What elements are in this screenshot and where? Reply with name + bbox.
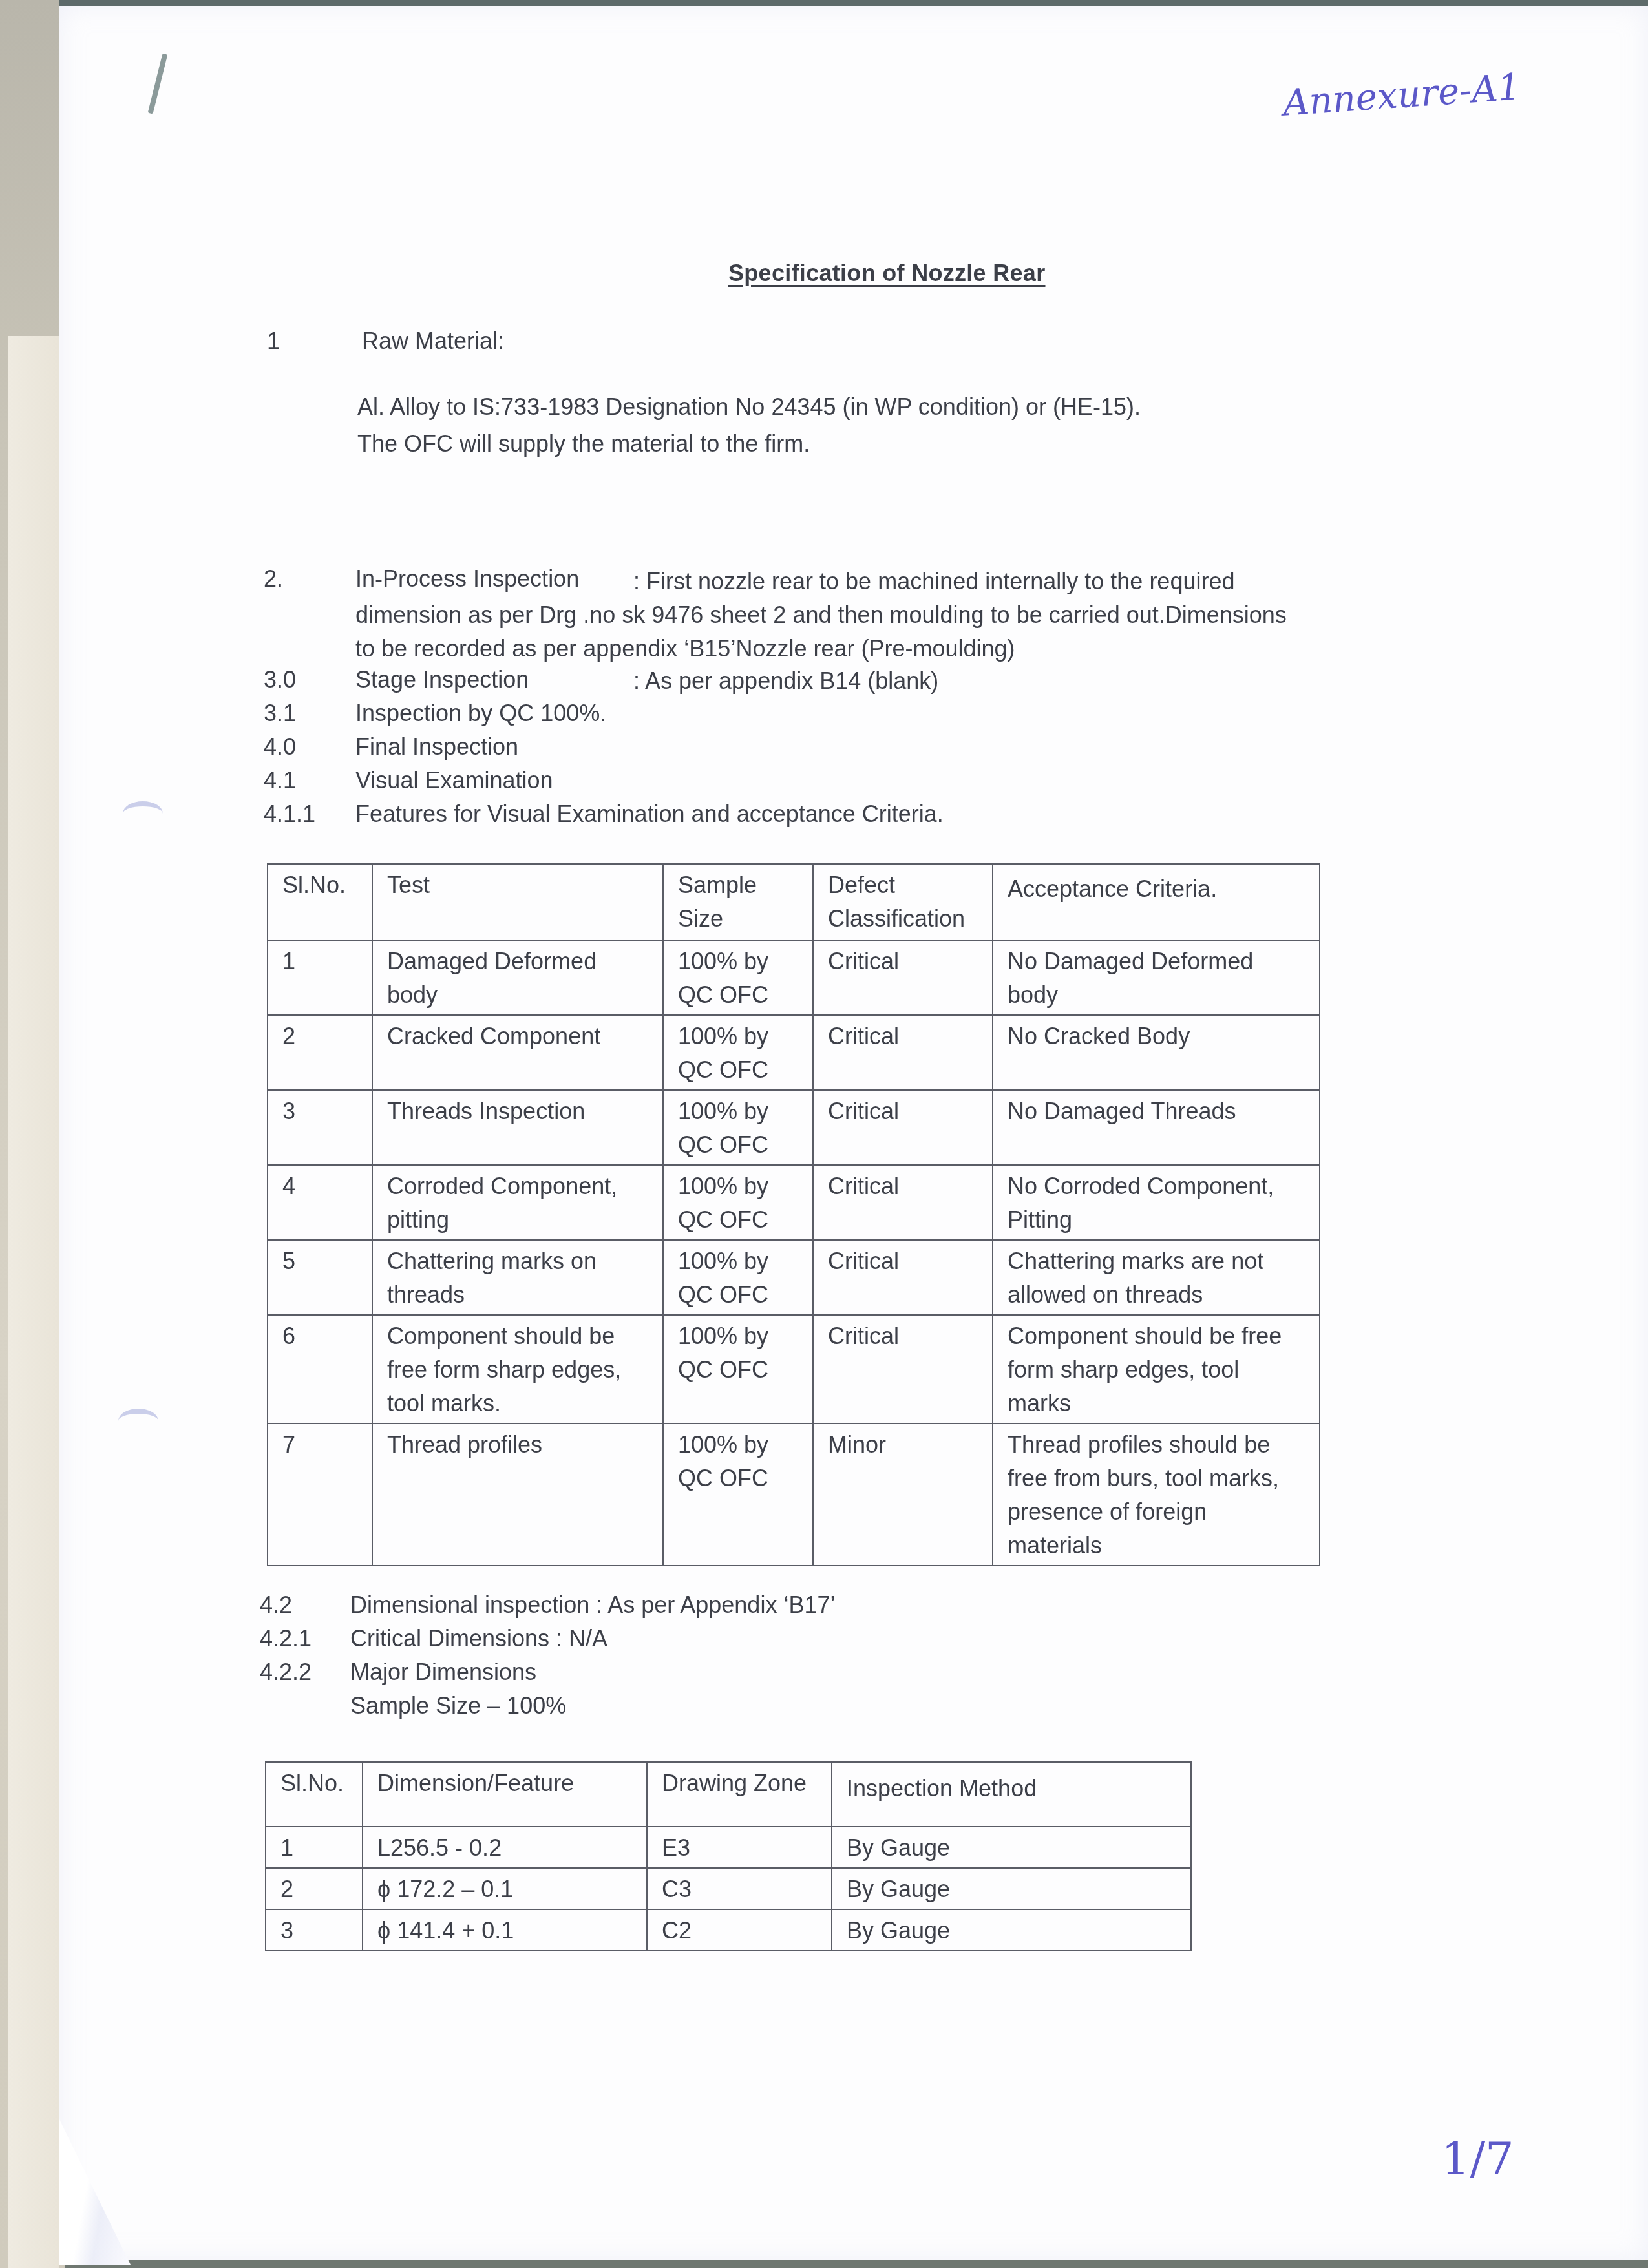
table-cell: No Corroded Component, Pitting [993, 1165, 1320, 1240]
punch-hole-mark [118, 1409, 158, 1433]
section-number: 4.2.2 [260, 1655, 312, 1689]
table-cell: ϕ 172.2 – 0.1 [363, 1868, 647, 1909]
table-cell: 7 [268, 1423, 372, 1566]
section-text: : First nozzle rear to be machined inter… [633, 565, 1234, 598]
table-cell: 3 [268, 1090, 372, 1165]
header-cell: Test [372, 864, 663, 940]
table-cell: 100% by QC OFC [663, 1090, 813, 1165]
table-cell: 100% by QC OFC [663, 1240, 813, 1315]
table-header-row: Sl.No. Test Sample Size Defect Classific… [268, 864, 1320, 940]
section-number: 4.2.1 [260, 1622, 312, 1655]
table-cell: No Cracked Body [993, 1015, 1320, 1090]
table-cell: By Gauge [832, 1868, 1191, 1909]
section-text: Visual Examination [355, 764, 553, 797]
table-cell: 1 [268, 940, 372, 1015]
table-cell: Corroded Component, pitting [372, 1165, 663, 1240]
table-cell: E3 [647, 1827, 832, 1868]
table-cell: Critical [813, 1090, 993, 1165]
section-text: : As per appendix B14 (blank) [633, 664, 938, 698]
table-cell: 100% by QC OFC [663, 1165, 813, 1240]
table-cell: C2 [647, 1909, 832, 1951]
section-number: 4.2 [260, 1588, 292, 1622]
table-cell: Critical [813, 1315, 993, 1423]
table-row: 1Damaged Deformed body100% by QC OFCCrit… [268, 940, 1320, 1015]
table-cell: Damaged Deformed body [372, 940, 663, 1015]
table-cell: ϕ 141.4 + 0.1 [363, 1909, 647, 1951]
visual-examination-table: Sl.No. Test Sample Size Defect Classific… [267, 863, 1320, 1566]
table-row: 5Chattering marks on threads100% by QC O… [268, 1240, 1320, 1315]
table-row: 2Cracked Component100% by QC OFCCritical… [268, 1015, 1320, 1090]
table-row: 6Component should be free form sharp edg… [268, 1315, 1320, 1423]
table-cell: Threads Inspection [372, 1090, 663, 1165]
table-cell: No Damaged Deformed body [993, 940, 1320, 1015]
section-heading: Raw Material: [362, 324, 504, 358]
section-text: Major Dimensions [350, 1655, 536, 1689]
table-row: 1L256.5 - 0.2E3By Gauge [266, 1827, 1191, 1868]
section-text: Features for Visual Examination and acce… [355, 797, 944, 831]
section-number: 1 [267, 324, 280, 358]
section-label: Stage Inspection [355, 663, 529, 697]
section-number: 3.1 [264, 697, 296, 730]
section-text: The OFC will supply the material to the … [357, 427, 810, 461]
table-cell: Critical [813, 1240, 993, 1315]
underlying-sheet-edge [8, 336, 59, 2268]
header-cell: Sl.No. [266, 1762, 363, 1827]
table-row: 3ϕ 141.4 + 0.1C2By Gauge [266, 1909, 1191, 1951]
table-cell: Chattering marks on threads [372, 1240, 663, 1315]
header-cell: Sl.No. [268, 864, 372, 940]
table-cell: Critical [813, 1165, 993, 1240]
table-cell: 5 [268, 1240, 372, 1315]
table-cell: Critical [813, 940, 993, 1015]
table-cell: 100% by QC OFC [663, 940, 813, 1015]
table-cell: Thread profiles should be free from burs… [993, 1423, 1320, 1566]
table-cell: Critical [813, 1015, 993, 1090]
table-cell: By Gauge [832, 1827, 1191, 1868]
table-row: 7Thread profiles100% by QC OFCMinorThrea… [268, 1423, 1320, 1566]
section-text: Final Inspection [355, 730, 518, 764]
table-row: 4Corroded Component, pitting100% by QC O… [268, 1165, 1320, 1240]
table-row: 2ϕ 172.2 – 0.1C3By Gauge [266, 1868, 1191, 1909]
table-cell: 100% by QC OFC [663, 1315, 813, 1423]
table-row: 3Threads Inspection100% by QC OFCCritica… [268, 1090, 1320, 1165]
table-cell: Component should be free form sharp edge… [372, 1315, 663, 1423]
section-number: 2. [264, 562, 283, 596]
table-cell: Minor [813, 1423, 993, 1566]
table-cell: By Gauge [832, 1909, 1191, 1951]
section-text: Sample Size – 100% [350, 1689, 566, 1723]
header-cell: Drawing Zone [647, 1762, 832, 1827]
table-cell: Thread profiles [372, 1423, 663, 1566]
page-number-handwritten: 1/7 [1441, 2132, 1514, 2185]
header-cell: Inspection Method [832, 1762, 1191, 1827]
section-number: 4.1 [264, 764, 296, 797]
header-cell: Defect Classification [813, 864, 993, 940]
table-cell: 100% by QC OFC [663, 1015, 813, 1090]
table-cell: 6 [268, 1315, 372, 1423]
punch-hole-mark [123, 801, 163, 826]
section-text: Critical Dimensions : N/A [350, 1622, 607, 1655]
table-cell: Component should be free form sharp edge… [993, 1315, 1320, 1423]
table-cell: 3 [266, 1909, 363, 1951]
table-cell: 100% by QC OFC [663, 1423, 813, 1566]
section-number: 4.1.1 [264, 797, 315, 831]
table-cell: Chattering marks are not allowed on thre… [993, 1240, 1320, 1315]
table-cell: 4 [268, 1165, 372, 1240]
header-cell: Sample Size [663, 864, 813, 940]
table-cell: C3 [647, 1868, 832, 1909]
table-cell: 2 [268, 1015, 372, 1090]
table-cell: No Damaged Threads [993, 1090, 1320, 1165]
header-cell: Dimension/Feature [363, 1762, 647, 1827]
table-cell: 1 [266, 1827, 363, 1868]
section-text: Al. Alloy to IS:733-1983 Designation No … [357, 390, 1141, 424]
table-cell: Cracked Component [372, 1015, 663, 1090]
major-dimensions-table: Sl.No. Dimension/Feature Drawing Zone In… [265, 1761, 1192, 1951]
table-cell: 2 [266, 1868, 363, 1909]
section-text: Inspection by QC 100%. [355, 697, 606, 730]
page-title: Specification of Nozzle Rear [728, 260, 1046, 287]
section-number: 3.0 [264, 663, 296, 697]
table-cell: L256.5 - 0.2 [363, 1827, 647, 1868]
section-label: In-Process Inspection [355, 562, 579, 596]
section-text: dimension as per Drg .no sk 9476 sheet 2… [355, 598, 1287, 632]
section-text: to be recorded as per appendix ‘B15’Nozz… [355, 632, 1015, 666]
section-text: Dimensional inspection : As per Appendix… [350, 1588, 835, 1622]
table-header-row: Sl.No. Dimension/Feature Drawing Zone In… [266, 1762, 1191, 1827]
scan-top-edge [59, 0, 1648, 6]
header-cell: Acceptance Criteria. [993, 864, 1320, 940]
section-number: 4.0 [264, 730, 296, 764]
